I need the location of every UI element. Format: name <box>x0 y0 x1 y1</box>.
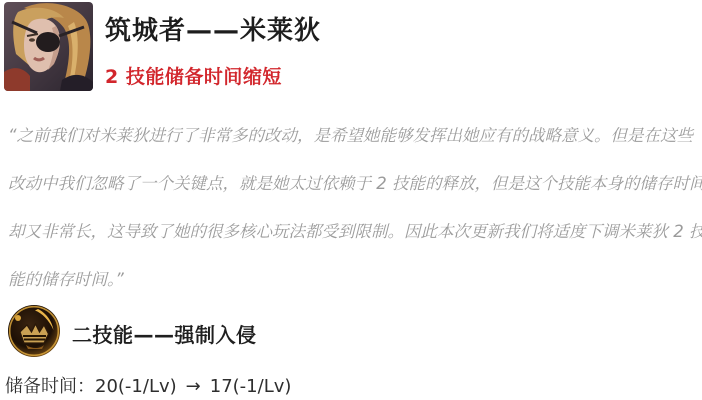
quote-line: “之前我们对米莱狄进行了非常多的改动，是希望她能够发挥出她应有的战略意义。但是在… <box>8 112 702 160</box>
skill-stat-change: 储备时间：20(-1/Lv)→17(-1/Lv) <box>5 372 291 398</box>
skill-name: 二技能——强制入侵 <box>72 319 257 348</box>
hero-avatar-icon <box>4 2 93 91</box>
skill-icon-graphic <box>8 305 60 357</box>
hero-portrait-graphic <box>4 2 93 91</box>
quote-line: 改动中我们忽略了一个关键点，就是她太过依赖于 2 技能的释放，但是这个技能本身的… <box>8 160 702 208</box>
designer-quote: “之前我们对米莱狄进行了非常多的改动，是希望她能够发挥出她应有的战略意义。但是在… <box>8 112 702 304</box>
quote-line: 却又非常长，这导致了她的很多核心玩法都受到限制。因此本次更新我们将适度下调米莱狄… <box>8 208 702 256</box>
change-summary: 2 技能储备时间缩短 <box>105 62 282 89</box>
stat-new-value: 17(-1/Lv) <box>210 376 292 397</box>
stat-old-value: 20(-1/Lv) <box>95 376 177 397</box>
stat-label: 储备时间： <box>5 376 95 397</box>
quote-line: 能的储存时间。” <box>8 256 702 304</box>
page-title: 筑城者——米莱狄 <box>105 10 321 47</box>
skill-icon <box>8 305 60 357</box>
patch-note-card: 筑城者——米莱狄 2 技能储备时间缩短 “之前我们对米莱狄进行了非常多的改动，是… <box>0 0 702 400</box>
arrow-right-icon: → <box>186 376 201 397</box>
